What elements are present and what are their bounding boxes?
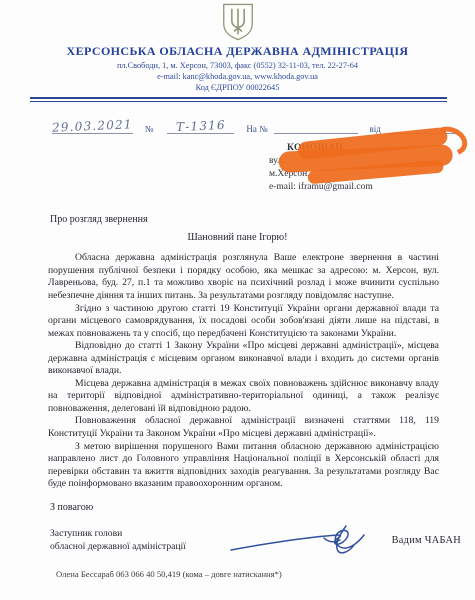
handwritten-signature [228,521,378,561]
recipient-block: КОНОШАН вул. м.Херсон, e-mail: iframu@gm… [269,142,461,194]
handwritten-number: Т-1316 [176,118,226,134]
org-name: ХЕРСОНСЬКА ОБЛАСНА ДЕРЖАВНА АДМІНІСТРАЦІ… [0,44,475,59]
header [0,0,475,41]
recipient-name-redacted: КОНОШАН [269,142,461,155]
org-email-line: e-mail: kanc@khoda.gov.ua, www.khoda.gov… [0,72,475,82]
letter-body: Обласна державна адміністрація розглянул… [48,252,439,490]
closing-phrase: З повагою [50,502,475,513]
incoming-number-label: На № [246,124,267,134]
org-address-block: пл.Свободи, 1, м. Херсон, 73003, факс (0… [0,61,475,92]
paragraph: З метою вирішення порушеного Вами питанн… [48,441,439,491]
from-date-field [387,123,459,134]
subject-line: Про розгляд звернення [50,214,475,225]
recipient-city: м.Херсон, [269,168,461,181]
recipient-street-redacted: вул. [269,155,461,168]
header-divider [30,97,447,102]
signer-name: Вадим ЧАБАН [392,535,461,546]
signer-position: Заступник голови обласної державної адмі… [50,528,222,553]
signer-position-line2: обласної державної адміністрації [50,541,222,554]
executor-contact: Олена Бессараб 063 066 40 50,419 (кома –… [56,569,475,579]
handwritten-date: 29.03.2021 [52,118,133,136]
org-address-line: пл.Свободи, 1, м. Херсон, 73003, факс (0… [0,61,475,71]
paragraph: Місцева державна адміністрація в межах с… [48,378,439,416]
date-field: 29.03.2021 [52,119,133,134]
paragraph: Згідно з частиною другою статті 19 Конст… [48,303,439,341]
number-field: Т-1316 [167,119,234,134]
paragraph: Повноваження обласної державної адмініст… [48,415,439,440]
incoming-number-field [274,123,358,134]
recipient-email: e-mail: iframu@gmail.com [269,181,461,194]
number-label: № [145,124,154,134]
paragraph: Відповідно до статті 1 Закону України «П… [48,340,439,378]
signer-position-line1: Заступник голови [50,528,222,541]
org-edrpou-line: Код ЄДРПОУ 00022645 [0,83,475,93]
tryzub-emblem-icon [219,3,257,41]
signature-row: Заступник голови обласної державної адмі… [50,521,461,561]
from-date-label: від [370,124,381,134]
reference-row: 29.03.2021 № Т-1316 На № від [52,116,459,134]
salutation: Шановний пане Ігорю! [0,232,475,243]
scanned-letter-page: ХЕРСОНСЬКА ОБЛАСНА ДЕРЖАВНА АДМІНІСТРАЦІ… [0,0,475,600]
paragraph: Обласна державна адміністрація розглянул… [48,252,439,302]
